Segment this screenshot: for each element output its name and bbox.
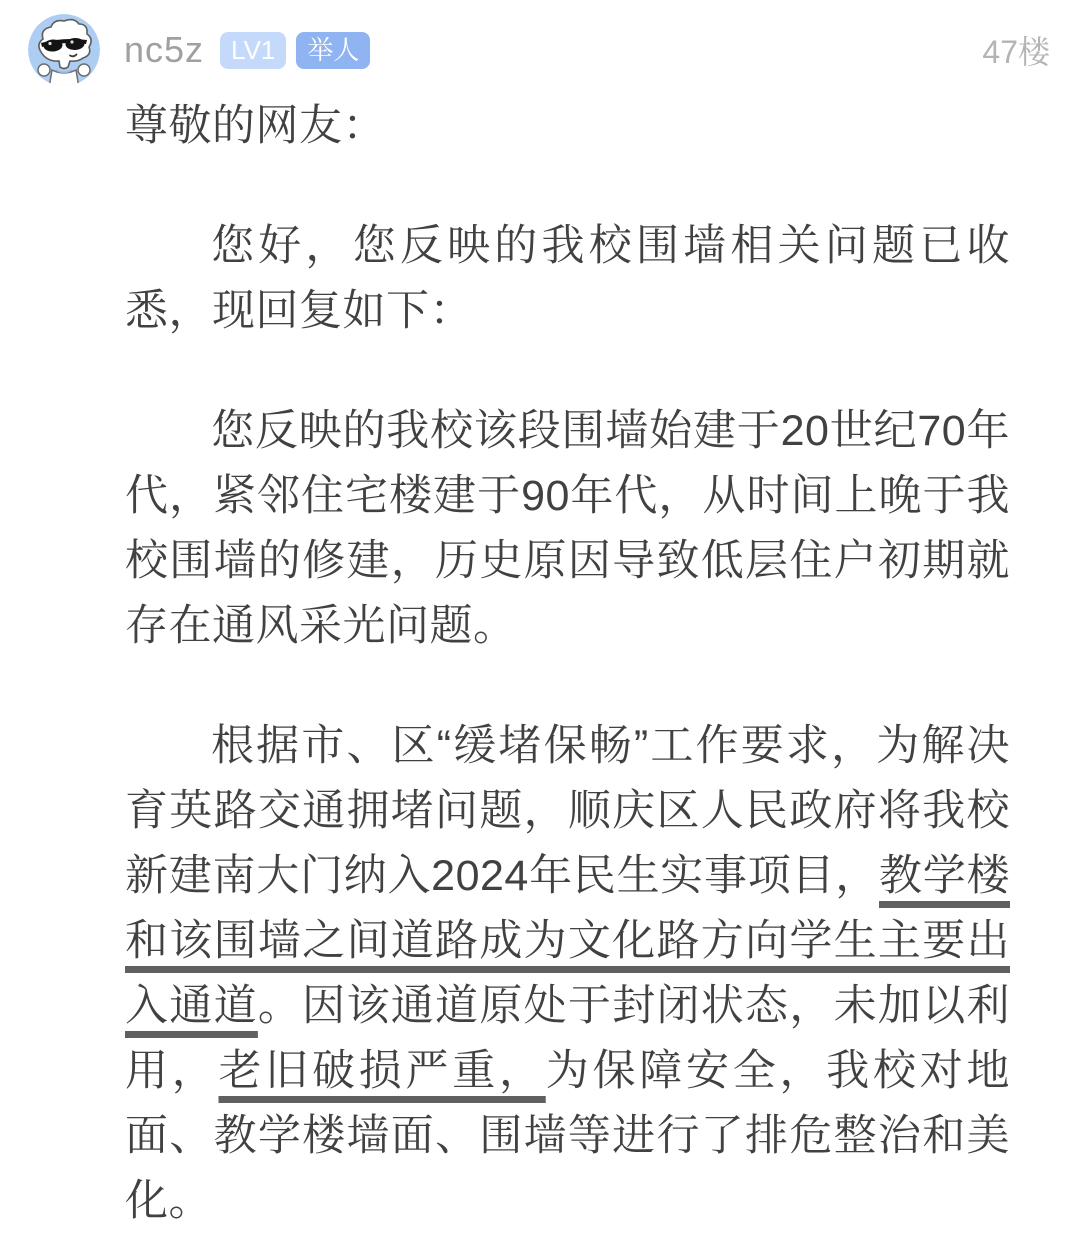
text-segment: 根据市、区“缓堵保畅”工作要求，为解决育英路交通拥堵问题，顺庆区人民政府将我校新…: [125, 722, 1010, 900]
paragraph: 根据市、区“缓堵保畅”工作要求，为解决育英路交通拥堵问题，顺庆区人民政府将我校新…: [125, 714, 1010, 1234]
rank-badge: 举人: [296, 32, 370, 69]
paragraph: 您反映的我校该段围墙始建于20世纪70年代，紧邻住宅楼建于90年代，从时间上晚于…: [125, 399, 1010, 659]
level-badge: LV1: [220, 32, 286, 69]
post-body: 尊敬的网友：您好，您反映的我校围墙相关问题已收悉，现回复如下：您反映的我校该段围…: [0, 94, 1080, 1234]
username[interactable]: nc5z: [124, 29, 204, 71]
text-segment: 您好，您反映的我校围墙相关问题已收悉，现回复如下：: [125, 222, 1010, 335]
forum-post: nc5z LV1 举人 47楼 尊敬的网友：您好，您反映的我校围墙相关问题已收悉…: [0, 0, 1080, 1257]
marker-underlined-text: 老旧破损严重，: [219, 1047, 546, 1095]
text-segment: 您反映的我校该段围墙始建于20世纪70年代，紧邻住宅楼建于90年代，从时间上晚于…: [125, 407, 1010, 650]
paragraph: 尊敬的网友：: [125, 94, 1010, 159]
floor-number: 47楼: [982, 27, 1050, 73]
text-segment: 尊敬的网友：: [125, 102, 386, 150]
avatar[interactable]: [28, 14, 100, 86]
avatar-icon: [28, 14, 100, 86]
post-header: nc5z LV1 举人 47楼: [0, 0, 1080, 86]
paragraph: 您好，您反映的我校围墙相关问题已收悉，现回复如下：: [125, 214, 1010, 344]
